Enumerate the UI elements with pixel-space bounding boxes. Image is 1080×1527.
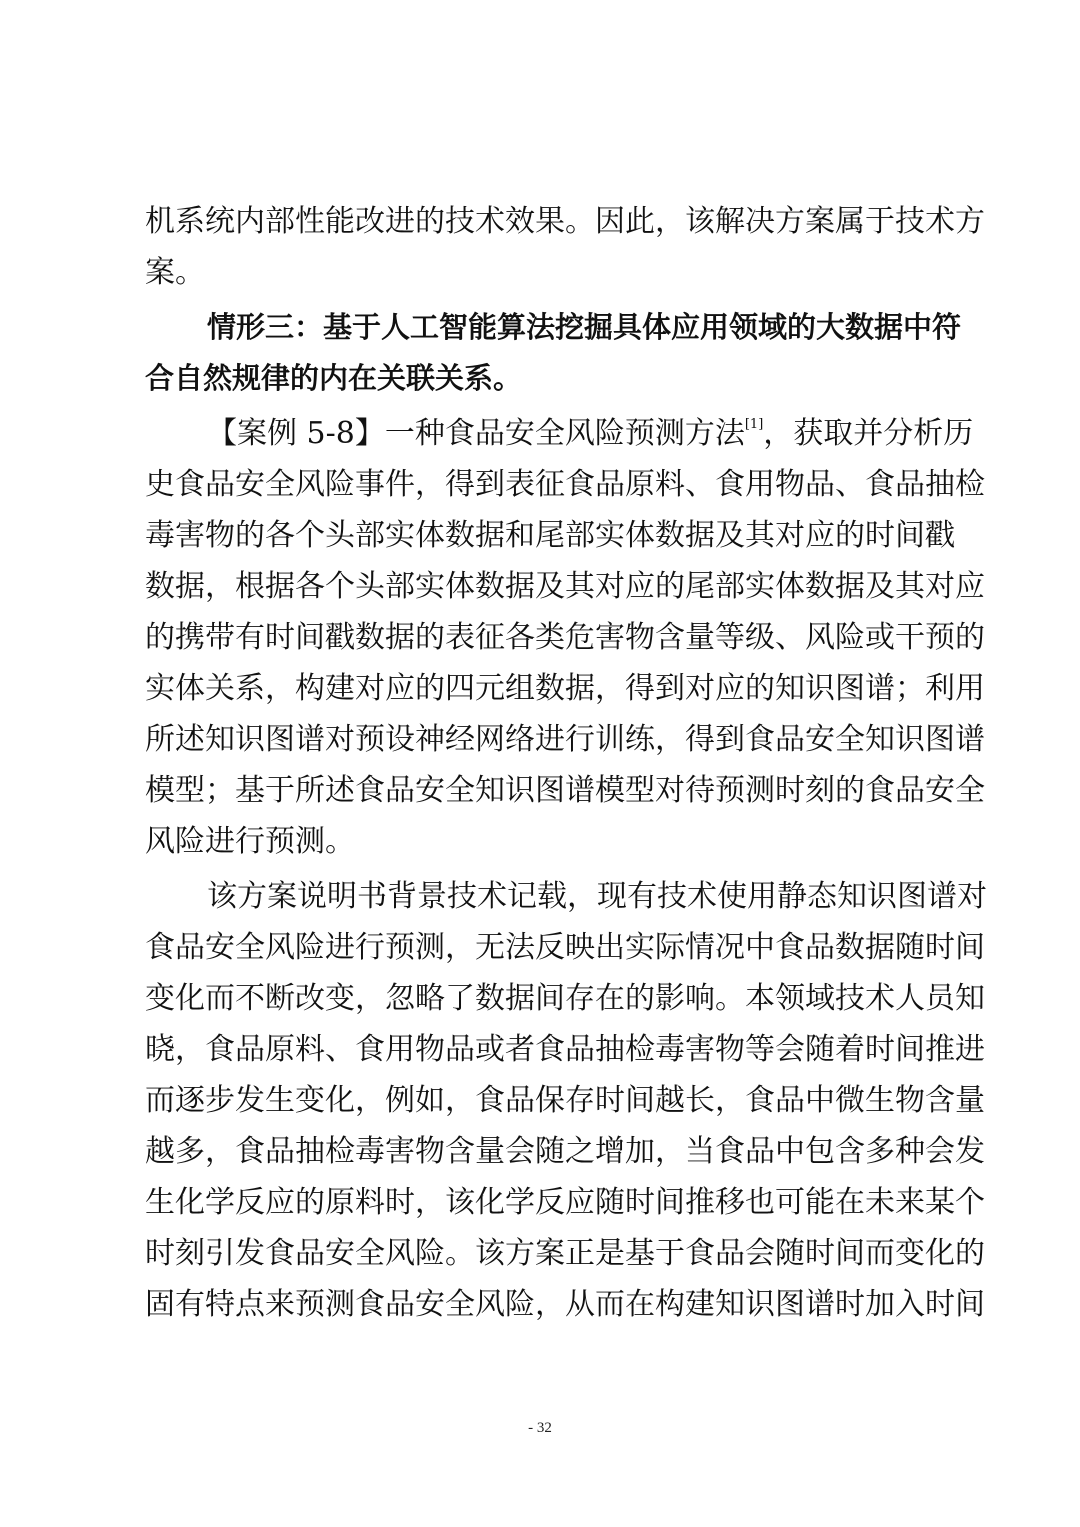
text-line: 案。 — [145, 247, 947, 298]
page-number: - 32 — [0, 1420, 1080, 1437]
heading-line: 合自然规律的内在关联关系。 — [145, 353, 947, 404]
paragraph-continuation: 机系统内部性能改进的技术效果。因此，该解决方案属于技术方 案。 — [145, 196, 947, 298]
reference-marker[interactable]: [1] — [745, 417, 763, 432]
text-line: 史食品安全风险事件，得到表征食品原料、食用物品、食品抽检 — [145, 459, 947, 510]
text-line: 越多，食品抽检毒害物含量会随之增加，当食品中包含多种会发 — [145, 1126, 947, 1177]
case-text: ，获取并分析历 — [763, 416, 973, 451]
text-line: 毒害物的各个头部实体数据和尾部实体数据及其对应的时间戳 — [145, 510, 947, 561]
text-line: 晓，食品原料、食用物品或者食品抽检毒害物等会随着时间推进 — [145, 1024, 947, 1075]
text-line: 食品安全风险进行预测，无法反映出实际情况中食品数据随时间 — [145, 922, 947, 973]
heading-line: 情形三：基于人工智能算法挖掘具体应用领域的大数据中符 — [145, 302, 947, 353]
text-line: 风险进行预测。 — [145, 816, 947, 867]
text-line: 固有特点来预测食品安全风险，从而在构建知识图谱时加入时间 — [145, 1279, 947, 1330]
text-line: 的携带有时间戳数据的表征各类危害物含量等级、风险或干预的 — [145, 612, 947, 663]
text-line: 变化而不断改变，忽略了数据间存在的影响。本领域技术人员知 — [145, 973, 947, 1024]
case-title: 一种食品安全风险预测方法 — [385, 416, 745, 451]
text-line: 机系统内部性能改进的技术效果。因此，该解决方案属于技术方 — [145, 196, 947, 247]
analysis-paragraph: 该方案说明书背景技术记载，现有技术使用静态知识图谱对 食品安全风险进行预测，无法… — [145, 871, 947, 1330]
section-heading: 情形三：基于人工智能算法挖掘具体应用领域的大数据中符 合自然规律的内在关联关系。 — [145, 302, 947, 404]
text-line: 模型；基于所述食品安全知识图谱模型对待预测时刻的食品安全 — [145, 765, 947, 816]
case-label: 【案例 5-8】 — [207, 416, 385, 451]
text-line: 而逐步发生变化，例如，食品保存时间越长，食品中微生物含量 — [145, 1075, 947, 1126]
case-paragraph: 【案例 5-8】一种食品安全风险预测方法[1]，获取并分析历 史食品安全风险事件… — [145, 408, 947, 867]
text-line: 实体关系，构建对应的四元组数据，得到对应的知识图谱；利用 — [145, 663, 947, 714]
text-line: 数据，根据各个头部实体数据及其对应的尾部实体数据及其对应 — [145, 561, 947, 612]
text-line: 时刻引发食品安全风险。该方案正是基于食品会随时间而变化的 — [145, 1228, 947, 1279]
text-line: 所述知识图谱对预设神经网络进行训练，得到食品安全知识图谱 — [145, 714, 947, 765]
text-line: 生化学反应的原料时，该化学反应随时间推移也可能在未来某个 — [145, 1177, 947, 1228]
document-page: 机系统内部性能改进的技术效果。因此，该解决方案属于技术方 案。 情形三：基于人工… — [145, 196, 947, 1330]
text-line: 该方案说明书背景技术记载，现有技术使用静态知识图谱对 — [145, 871, 947, 922]
case-first-line: 【案例 5-8】一种食品安全风险预测方法[1]，获取并分析历 — [145, 408, 947, 459]
